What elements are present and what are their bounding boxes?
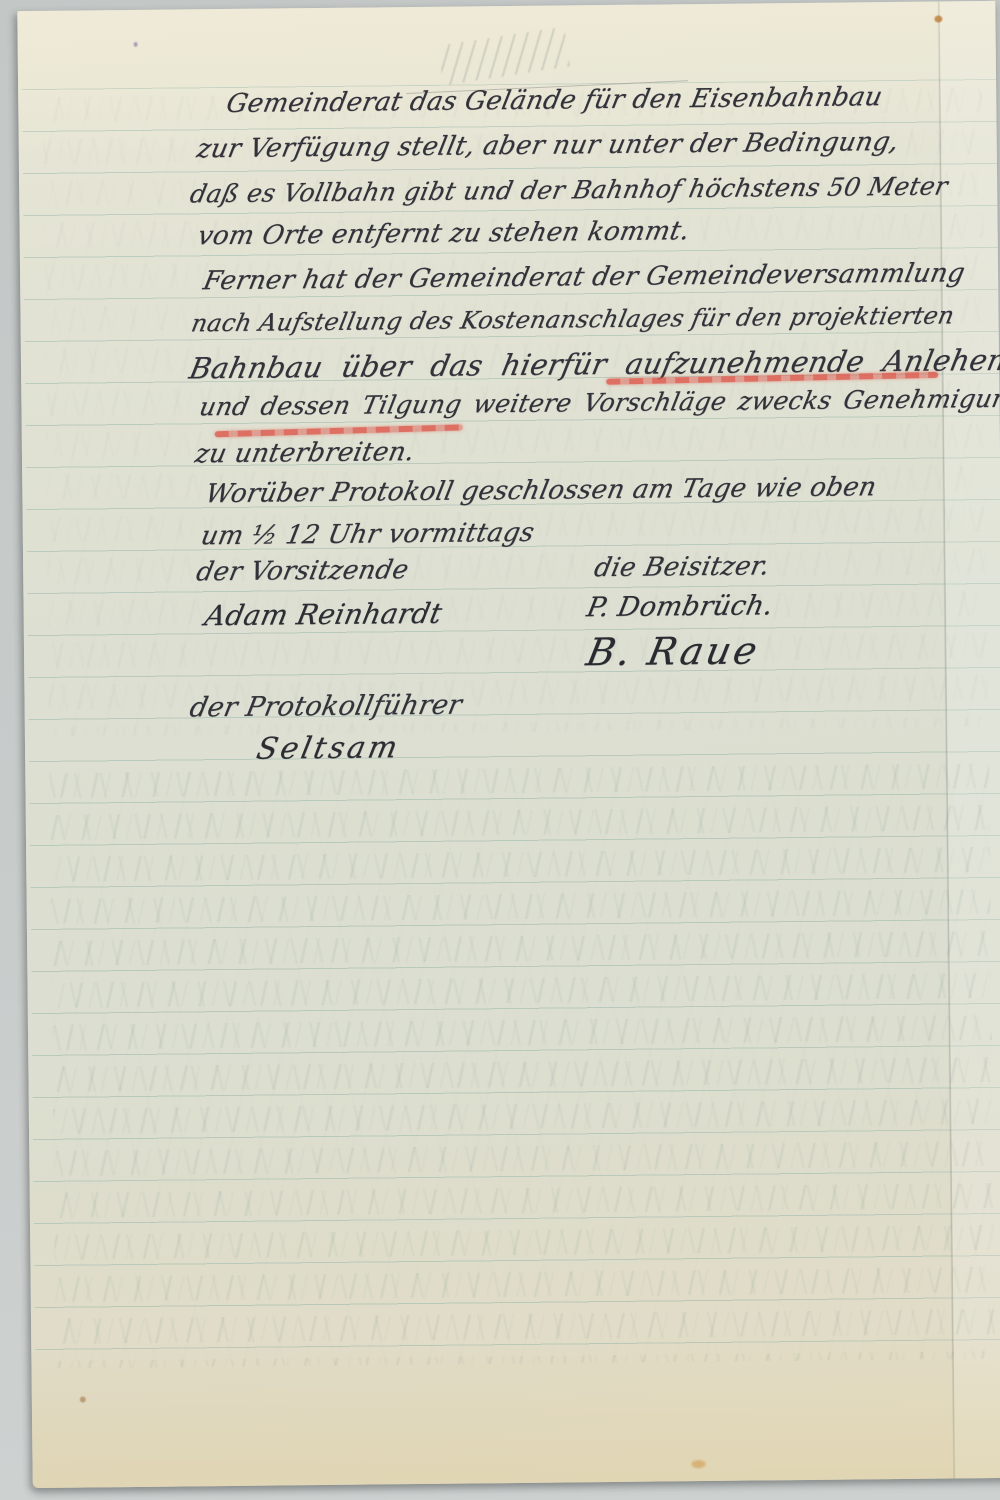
chairman-role-label: der Vorsitzende xyxy=(193,554,411,589)
bleed-through-texture xyxy=(49,763,995,1369)
chairman-signature: Adam Reinhardt xyxy=(202,596,445,634)
foxing-spot xyxy=(934,15,942,22)
handwriting-line: vom Orte entfernt zu stehen kommt. xyxy=(195,215,693,253)
assessors-role-label: die Beisitzer. xyxy=(591,550,772,584)
handwriting-line: um ½ 12 Uhr vormittags xyxy=(198,517,537,553)
document-page: Gemeinderat das Gelände für den Eisenbah… xyxy=(17,1,1000,1488)
scanner-background: Gemeinderat das Gelände für den Eisenbah… xyxy=(0,0,1000,1500)
clerk-signature: Seltsam xyxy=(253,729,403,768)
ink-speck xyxy=(134,42,138,47)
foxing-spot xyxy=(80,1397,86,1403)
clerk-role-label: der Protokollführer xyxy=(187,689,465,726)
handwriting-line: zu unterbreiten. xyxy=(192,436,417,471)
assessor-signature-2: B. Raue xyxy=(582,627,764,676)
handwriting-line: Gemeinderat das Gelände für den Eisenbah… xyxy=(223,81,885,120)
assessor-signature-1: P. Dombrüch. xyxy=(584,589,776,625)
